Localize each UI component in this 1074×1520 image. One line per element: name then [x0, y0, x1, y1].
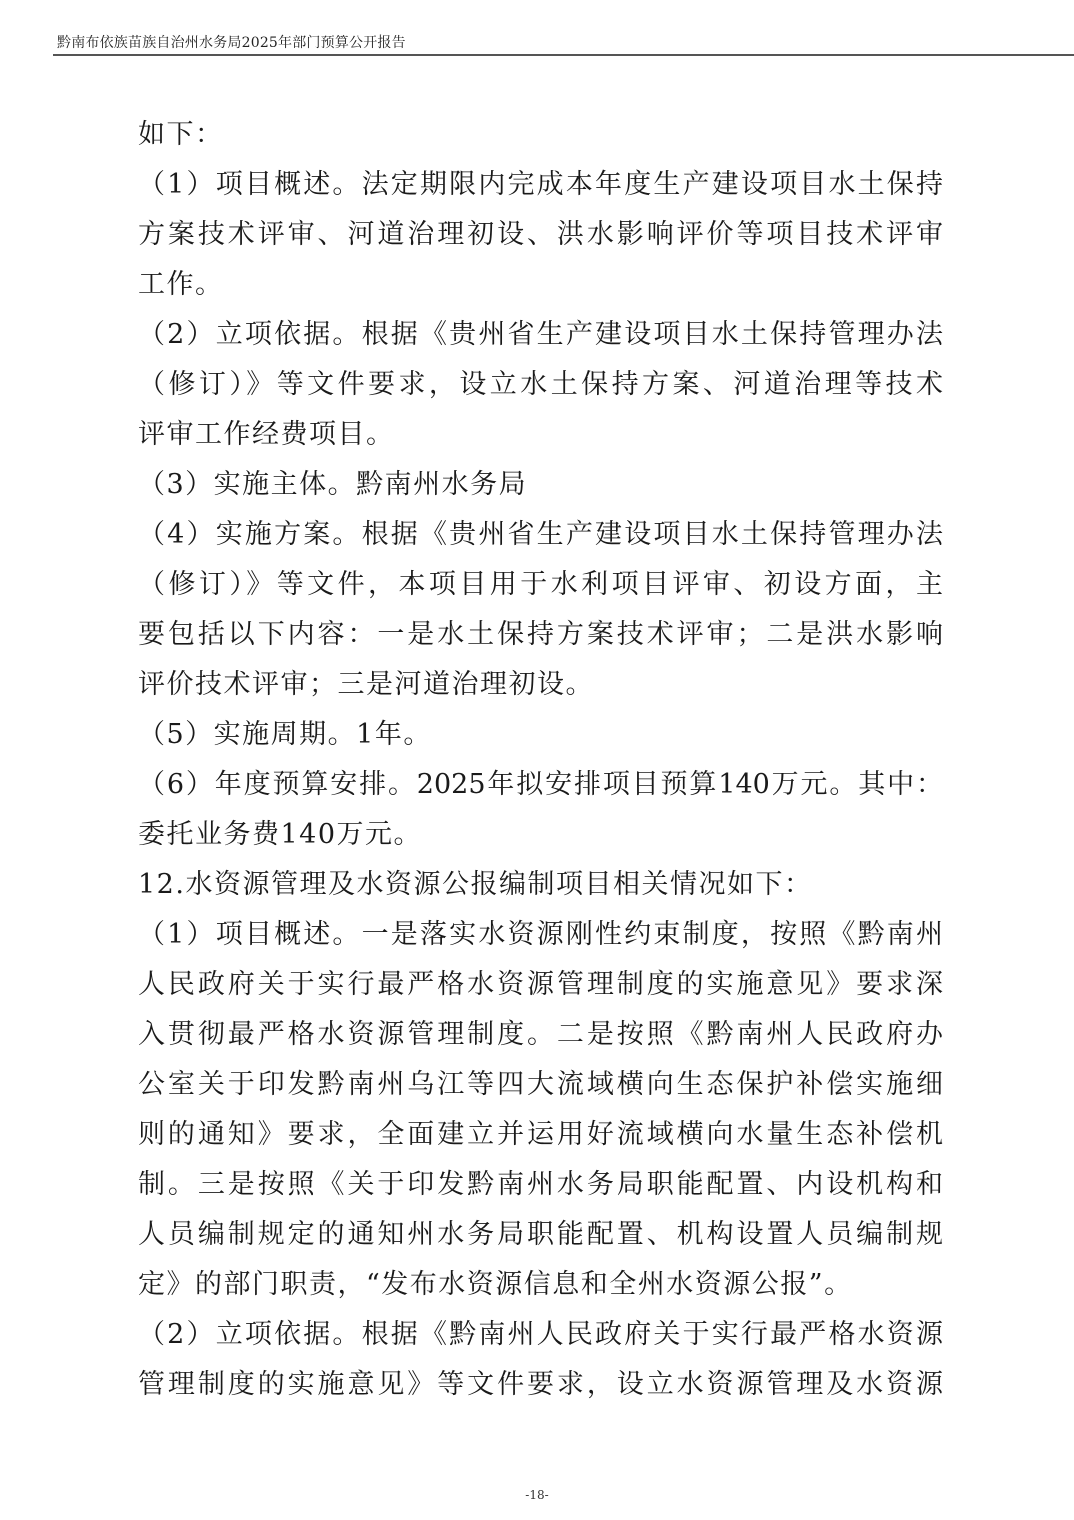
text-line: （修订）》等文件要求，设立水土保持方案、河道治理等技术 [138, 360, 943, 410]
text-line: 如下： [138, 110, 943, 160]
document-body: 如下：（1）项目概述。法定期限内完成本年度生产建设项目水土保持方案技术评审、河道… [138, 110, 943, 1410]
text-line: （1）项目概述。法定期限内完成本年度生产建设项目水土保持 [138, 160, 943, 210]
text-line: 公室关于印发黔南州乌江等四大流域横向生态保护补偿实施细 [138, 1060, 943, 1110]
text-line: 评价技术评审；三是河道治理初设。 [138, 660, 943, 710]
text-line: （2）立项依据。根据《黔南州人民政府关于实行最严格水资源 [138, 1310, 943, 1360]
text-line: 则的通知》要求，全面建立并运用好流域横向水量生态补偿机 [138, 1110, 943, 1160]
text-line: 管理制度的实施意见》等文件要求，设立水资源管理及水资源 [138, 1360, 943, 1410]
text-line: 委托业务费140万元。 [138, 810, 943, 860]
text-line: 人民政府关于实行最严格水资源管理制度的实施意见》要求深 [138, 960, 943, 1010]
text-line: 入贯彻最严格水资源管理制度。二是按照《黔南州人民政府办 [138, 1010, 943, 1060]
page-header: 黔南布依族苗族自治州水务局2025年部门预算公开报告 [53, 30, 1074, 56]
text-line: 评审工作经费项目。 [138, 410, 943, 460]
text-line: （5）实施周期。1年。 [138, 710, 943, 760]
text-line: 制。三是按照《关于印发黔南州水务局职能配置、内设机构和 [138, 1160, 943, 1210]
text-line: 要包括以下内容：一是水土保持方案技术评审；二是洪水影响 [138, 610, 943, 660]
page-number: -18- [0, 1488, 1074, 1502]
text-line: （修订）》等文件，本项目用于水利项目评审、初设方面，主 [138, 560, 943, 610]
text-line: （6）年度预算安排。2025年拟安排项目预算140万元。其中： [138, 760, 943, 810]
text-line: （1）项目概述。一是落实水资源刚性约束制度，按照《黔南州 [138, 910, 943, 960]
text-line: 工作。 [138, 260, 943, 310]
text-line: 方案技术评审、河道治理初设、洪水影响评价等项目技术评审 [138, 210, 943, 260]
text-line: 定》的部门职责，“发布水资源信息和全州水资源公报”。 [138, 1260, 943, 1310]
text-line: （2）立项依据。根据《贵州省生产建设项目水土保持管理办法 [138, 310, 943, 360]
text-line: （3）实施主体。黔南州水务局 [138, 460, 943, 510]
text-line: （4）实施方案。根据《贵州省生产建设项目水土保持管理办法 [138, 510, 943, 560]
text-line: 人员编制规定的通知州水务局职能配置、机构设置人员编制规 [138, 1210, 943, 1260]
text-line: 12.水资源管理及水资源公报编制项目相关情况如下： [138, 860, 943, 910]
document-title: 黔南布依族苗族自治州水务局2025年部门预算公开报告 [57, 32, 406, 52]
